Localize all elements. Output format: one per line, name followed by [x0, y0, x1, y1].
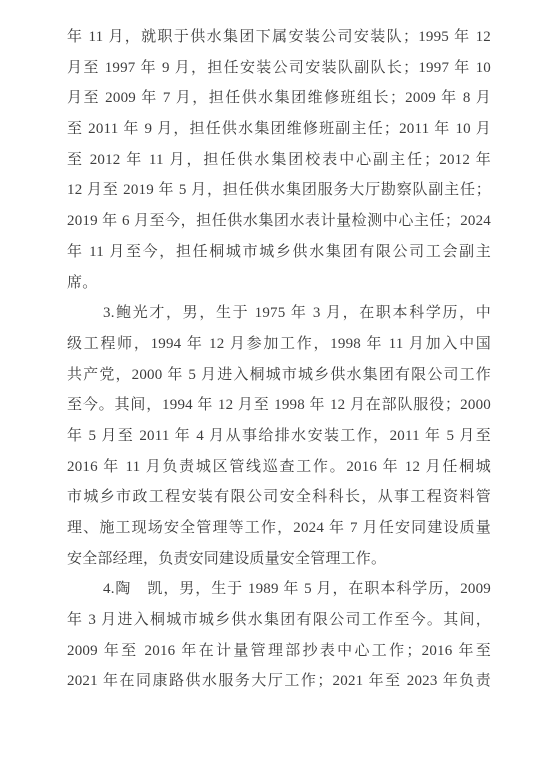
text-line: 至 2011 年 9 月，担任供水集团维修班副主任；2011 年 10 月: [67, 114, 491, 145]
document-text-body: 年 11 月，就职于供水集团下属安装公司安装队；1995 年 12月至 1997…: [67, 22, 491, 697]
text-line: 年 5 月至 2011 年 4 月从事给排水安装工作，2011 年 5 月至: [67, 421, 491, 452]
text-line: 席。: [67, 268, 491, 299]
text-line: 年 3 月进入桐城市城乡供水集团有限公司工作至今。其间，: [67, 605, 491, 636]
text-line: 2019 年 6 月至今，担任供水集团水表计量检测中心主任；2024: [67, 206, 491, 237]
text-line: 2016 年 11 月负责城区管线巡查工作。2016 年 12 月任桐城: [67, 452, 491, 483]
text-line: 级工程师，1994 年 12 月参加工作，1998 年 11 月加入中国: [67, 329, 491, 360]
text-line: 月至 1997 年 9 月，担任安装公司安装队副队长；1997 年 10: [67, 53, 491, 84]
text-line: 3.鲍光才，男，生于 1975 年 3 月，在职本科学历，中: [67, 298, 491, 329]
text-line: 2021 年在同康路供水服务大厅工作；2021 年至 2023 年负责: [67, 666, 491, 697]
text-line: 月至 2009 年 7 月，担任供水集团维修班组长；2009 年 8 月: [67, 83, 491, 114]
text-line: 年 11 月，就职于供水集团下属安装公司安装队；1995 年 12: [67, 22, 491, 53]
text-line: 12 月至 2019 年 5 月，担任供水集团服务大厅勘察队副主任；: [67, 175, 491, 206]
text-line: 年 11 月至今，担任桐城市城乡供水集团有限公司工会副主: [67, 237, 491, 268]
text-line: 安全部经理，负责安同建设质量安全管理工作。: [67, 544, 491, 575]
text-line: 共产党，2000 年 5 月进入桐城市城乡供水集团有限公司工作: [67, 360, 491, 391]
text-line: 2009 年至 2016 年在计量管理部抄表中心工作；2016 年至: [67, 636, 491, 667]
document-page: 年 11 月，就职于供水集团下属安装公司安装队；1995 年 12月至 1997…: [0, 0, 555, 758]
text-line: 至今。其间，1994 年 12 月至 1998 年 12 月在部队服役；2000: [67, 390, 491, 421]
text-line: 4.陶 凯，男，生于 1989 年 5 月，在职本科学历，2009: [67, 574, 491, 605]
text-line: 市城乡市政工程安装有限公司安全科科长，从事工程资料管: [67, 482, 491, 513]
text-line: 理、施工现场安全管理等工作，2024 年 7 月任安同建设质量: [67, 513, 491, 544]
text-line: 至 2012 年 11 月，担任供水集团校表中心副主任；2012 年: [67, 145, 491, 176]
